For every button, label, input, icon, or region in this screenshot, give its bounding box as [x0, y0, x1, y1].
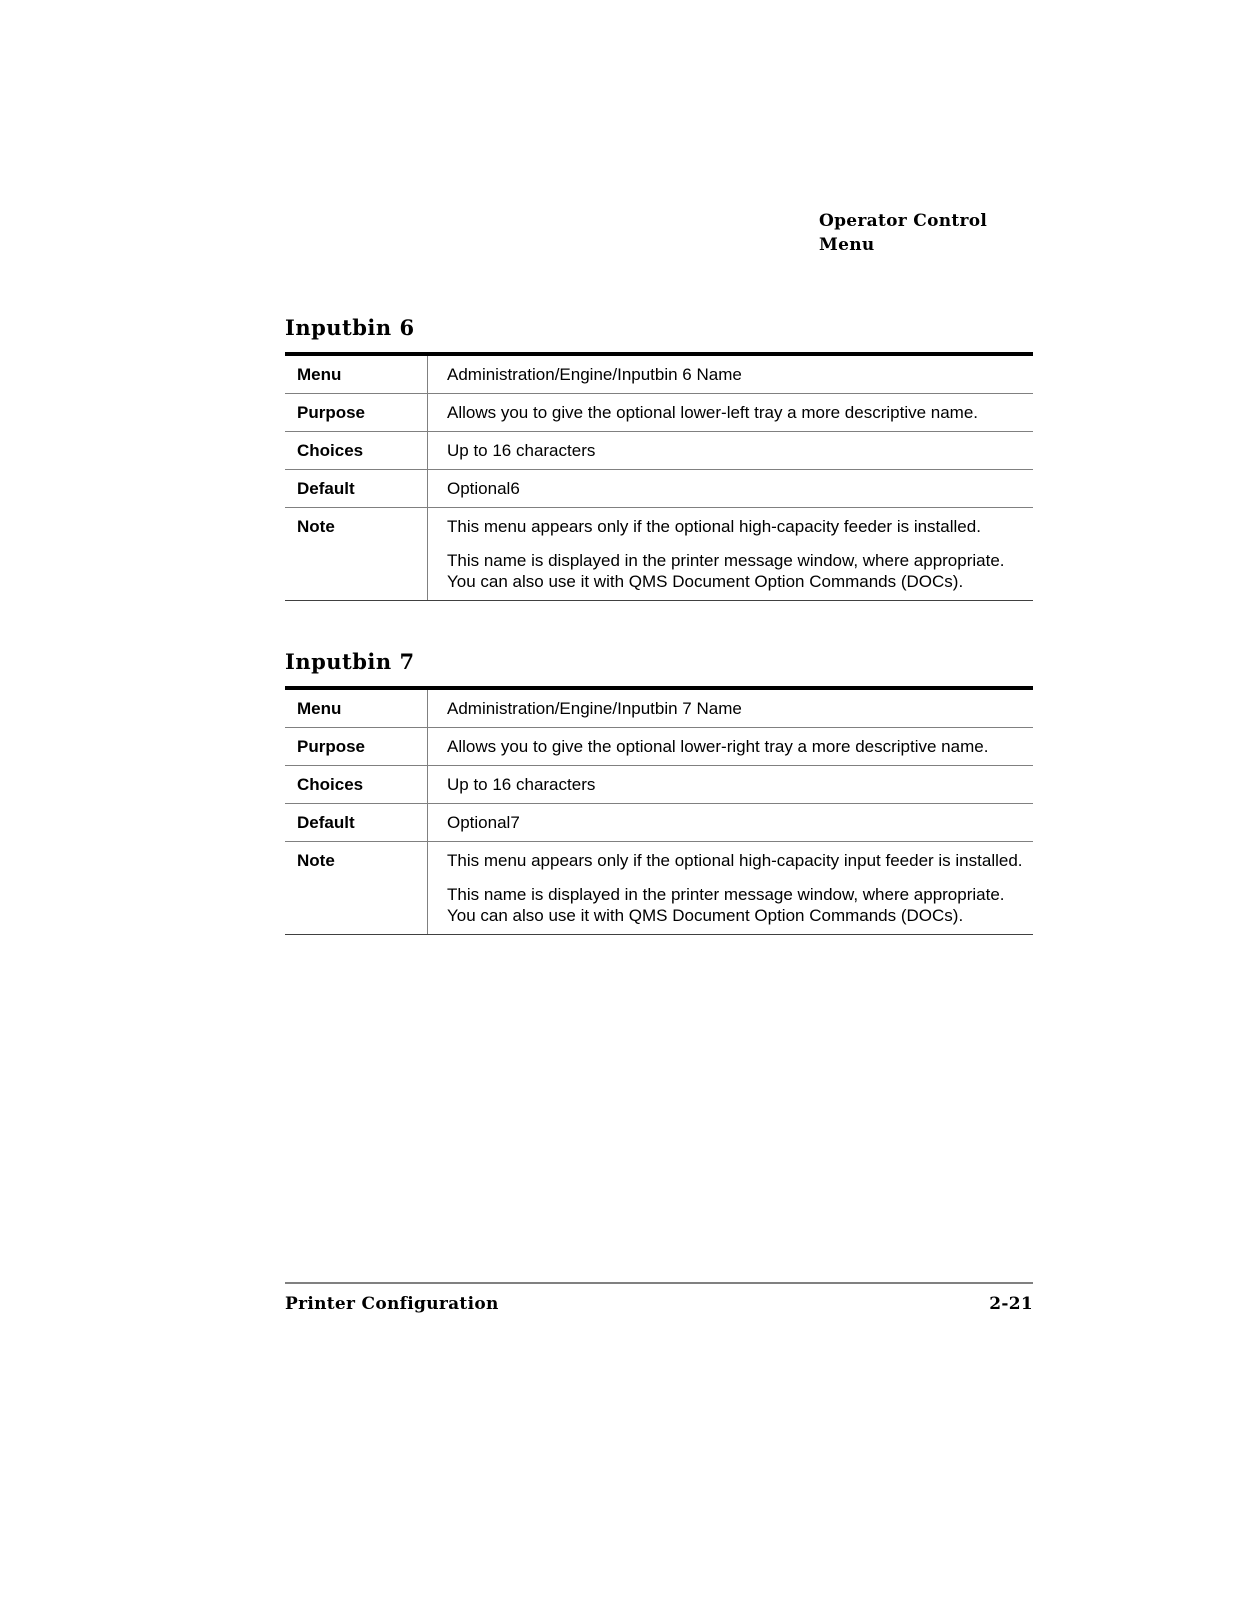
row-value: Allows you to give the optional lower-le…	[428, 394, 1034, 432]
row-label: Purpose	[285, 394, 428, 432]
row-value: Up to 16 characters	[428, 766, 1034, 804]
table-row-default: DefaultOptional6	[285, 470, 1033, 508]
value-paragraph: Administration/Engine/Inputbin 7 Name	[447, 698, 1025, 719]
value-paragraph: Allows you to give the optional lower-le…	[447, 402, 1025, 423]
row-value: Allows you to give the optional lower-ri…	[428, 728, 1034, 766]
row-label: Default	[285, 804, 428, 842]
table-row-purpose: PurposeAllows you to give the optional l…	[285, 728, 1033, 766]
footer-rule	[285, 1282, 1033, 1284]
table-row-menu: MenuAdministration/Engine/Inputbin 6 Nam…	[285, 354, 1033, 394]
row-label: Menu	[285, 354, 428, 394]
spec-table: MenuAdministration/Engine/Inputbin 6 Nam…	[285, 352, 1033, 601]
table-row-purpose: PurposeAllows you to give the optional l…	[285, 394, 1033, 432]
value-paragraph: This name is displayed in the printer me…	[447, 550, 1025, 592]
table-row-default: DefaultOptional7	[285, 804, 1033, 842]
row-label: Choices	[285, 766, 428, 804]
running-head-line1: Operator Control	[819, 209, 1039, 233]
value-paragraph: Allows you to give the optional lower-ri…	[447, 736, 1025, 757]
footer-page-number: 2-21	[989, 1294, 1033, 1314]
row-label: Default	[285, 470, 428, 508]
row-label: Note	[285, 842, 428, 935]
row-value: Administration/Engine/Inputbin 7 Name	[428, 688, 1034, 728]
section-inputbin-6: Inputbin 6 MenuAdministration/Engine/Inp…	[285, 314, 1033, 601]
section-inputbin-7: Inputbin 7 MenuAdministration/Engine/Inp…	[285, 648, 1033, 935]
row-value: This menu appears only if the optional h…	[428, 508, 1034, 601]
value-paragraph: This name is displayed in the printer me…	[447, 884, 1025, 926]
value-paragraph: Up to 16 characters	[447, 440, 1025, 461]
running-head: Operator Control Menu	[819, 209, 1039, 257]
section-title: Inputbin 6	[285, 314, 1033, 352]
value-paragraph: This menu appears only if the optional h…	[447, 516, 1025, 537]
row-label: Note	[285, 508, 428, 601]
value-paragraph: Up to 16 characters	[447, 774, 1025, 795]
value-paragraph: Optional6	[447, 478, 1025, 499]
table-row-note: NoteThis menu appears only if the option…	[285, 508, 1033, 601]
row-value: Optional7	[428, 804, 1034, 842]
value-paragraph: Optional7	[447, 812, 1025, 833]
row-label: Purpose	[285, 728, 428, 766]
section-title: Inputbin 7	[285, 648, 1033, 686]
table-row-note: NoteThis menu appears only if the option…	[285, 842, 1033, 935]
row-label: Choices	[285, 432, 428, 470]
running-head-line2: Menu	[819, 233, 1039, 257]
table-row-choices: ChoicesUp to 16 characters	[285, 432, 1033, 470]
value-paragraph: Administration/Engine/Inputbin 6 Name	[447, 364, 1025, 385]
row-value: Administration/Engine/Inputbin 6 Name	[428, 354, 1034, 394]
row-value: Up to 16 characters	[428, 432, 1034, 470]
table-row-menu: MenuAdministration/Engine/Inputbin 7 Nam…	[285, 688, 1033, 728]
row-label: Menu	[285, 688, 428, 728]
spec-table: MenuAdministration/Engine/Inputbin 7 Nam…	[285, 686, 1033, 935]
value-paragraph: This menu appears only if the optional h…	[447, 850, 1025, 871]
table-row-choices: ChoicesUp to 16 characters	[285, 766, 1033, 804]
row-value: This menu appears only if the optional h…	[428, 842, 1034, 935]
footer-chapter-title: Printer Configuration	[285, 1294, 499, 1314]
row-value: Optional6	[428, 470, 1034, 508]
